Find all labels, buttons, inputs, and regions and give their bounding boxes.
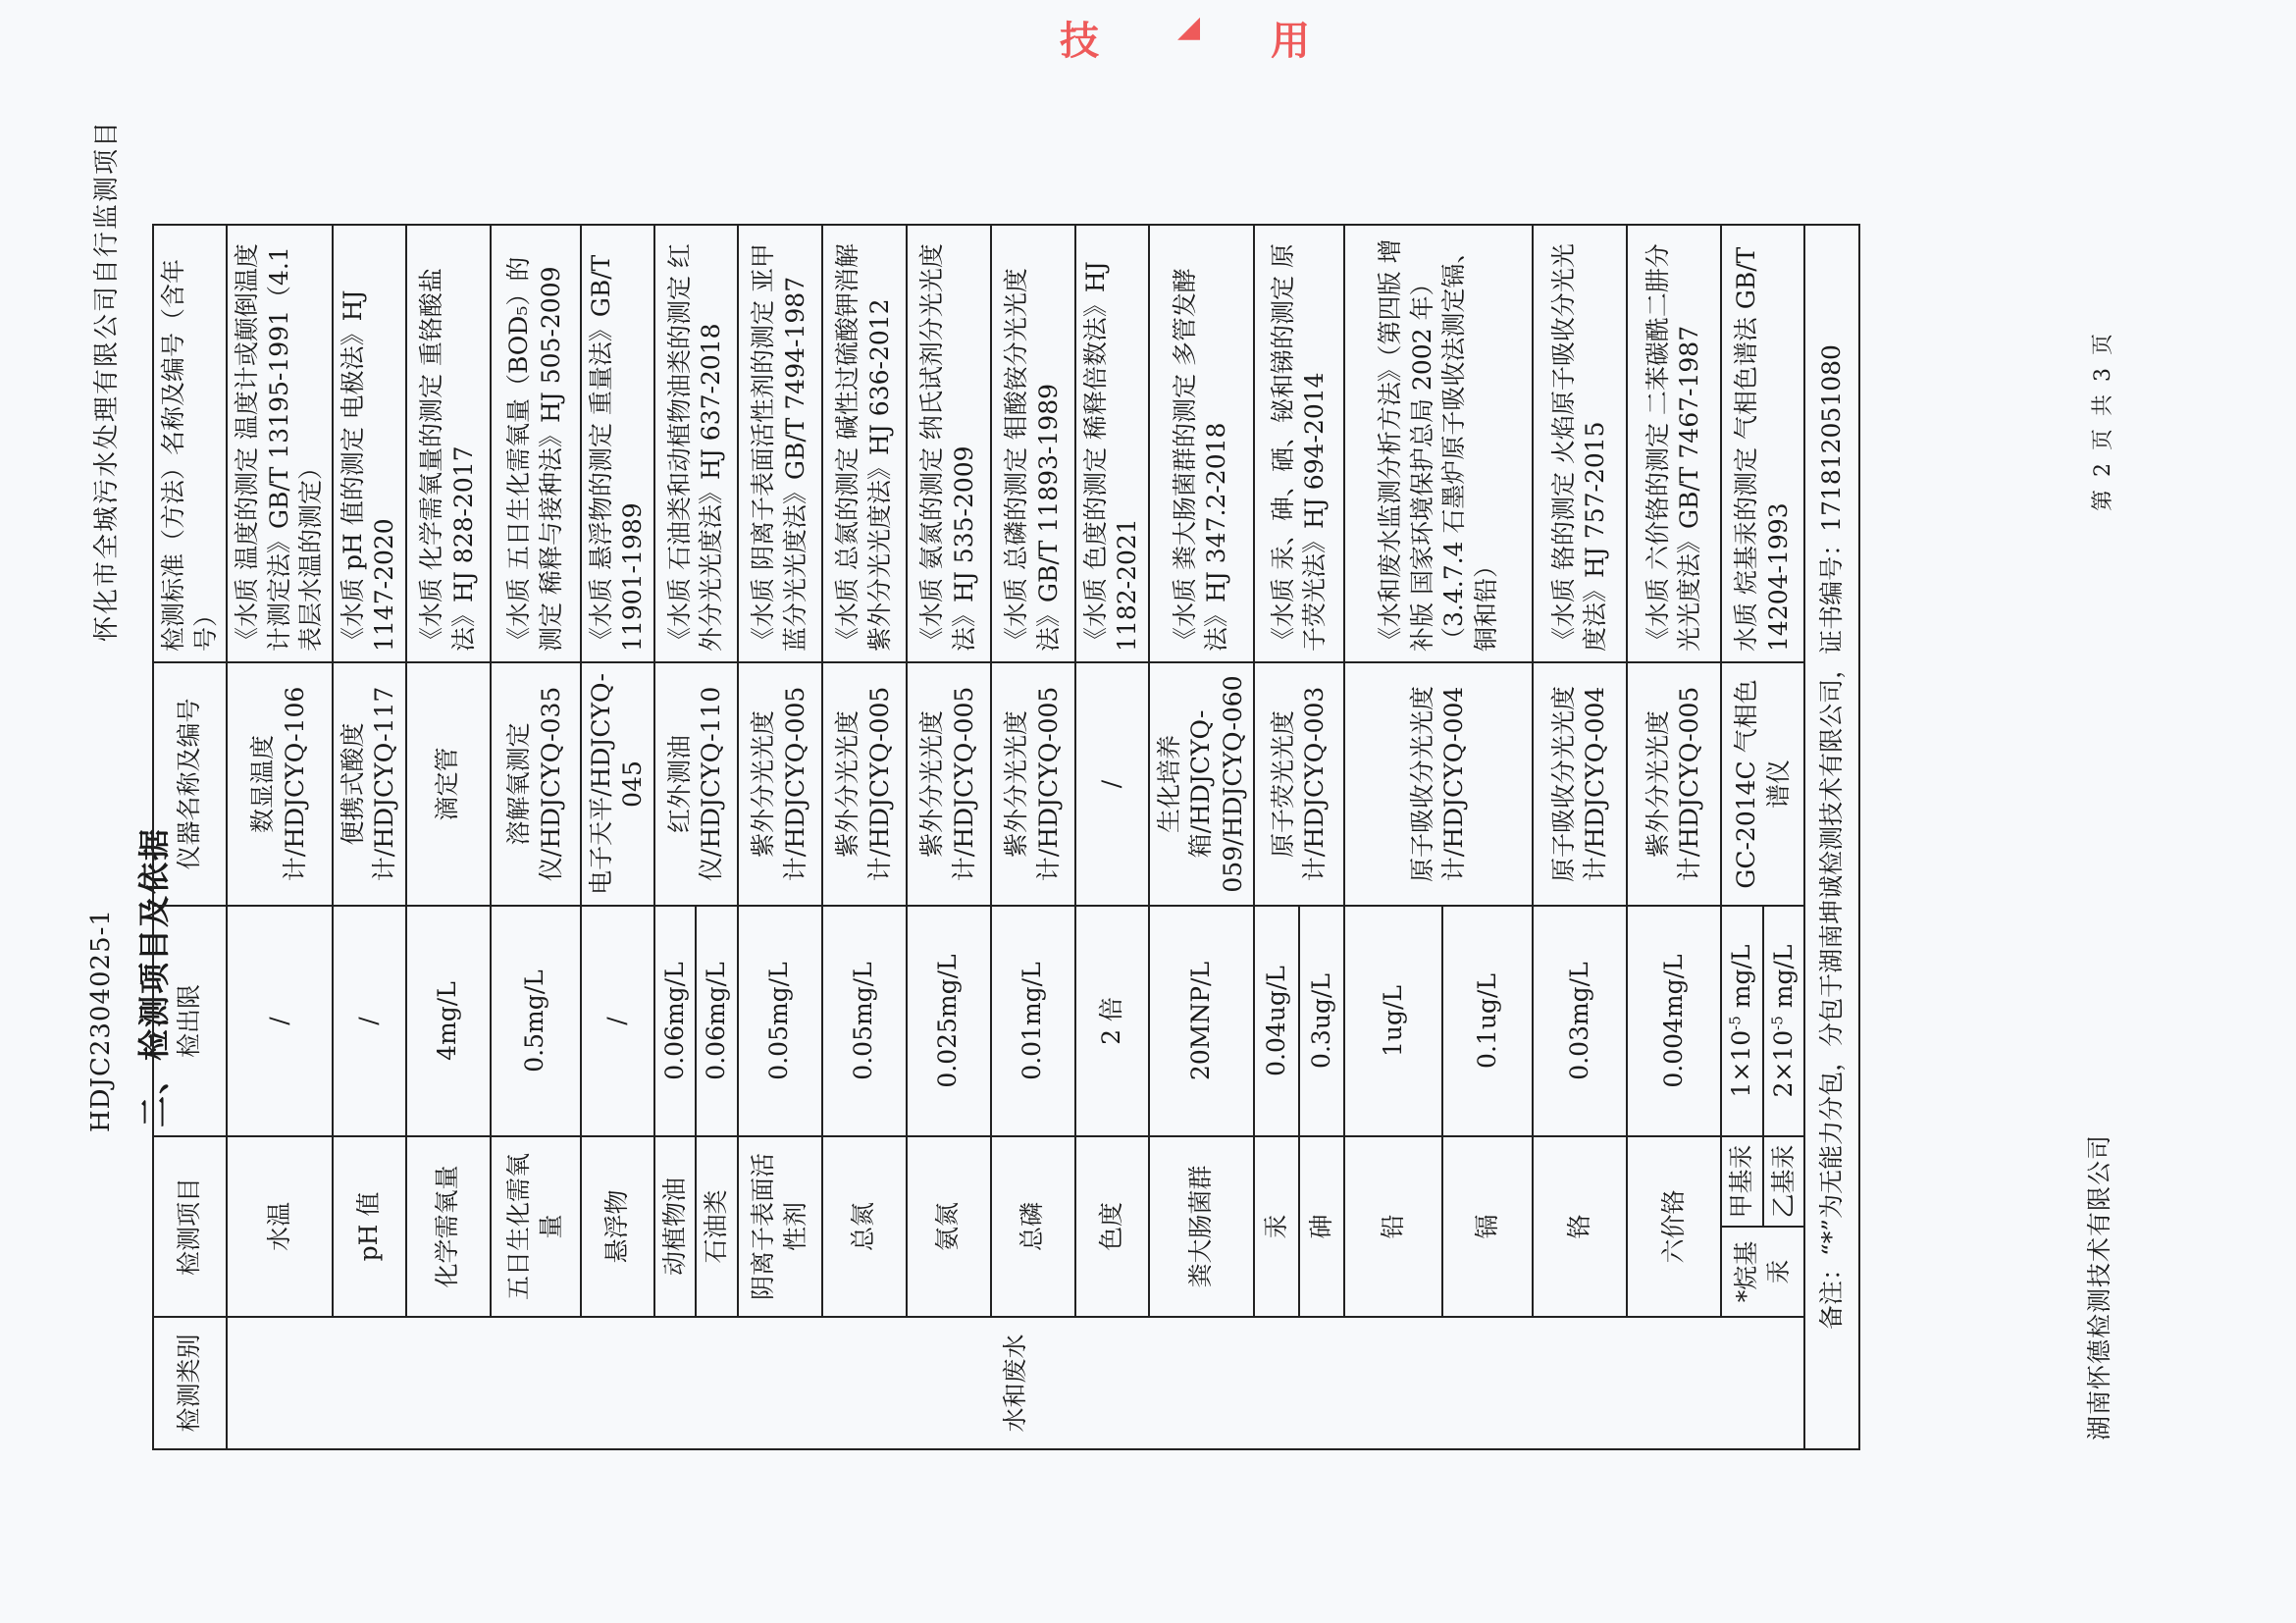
header-instrument: 仪器名称及编号 [153,662,227,906]
standard-cell: 《水和废水监测分析方法》（第四版 增补版 国家环境保护总局 2002 年）（3.… [1344,225,1533,662]
red-stamp: 技 ◢ 用 [1060,10,1433,79]
remark-text: 备注：“*”为无能力分包，分包于湖南坤诚检测技术有限公司，证书编号：171812… [1804,225,1859,1449]
instrument-cell: 原子荧光光度计/HDJCYQ-003 [1254,662,1344,906]
standard-cell: 《水质 化学需氧量的测定 重铬酸盐法》HJ 828-2017 [406,225,491,662]
table-row: 色度2 倍/《水质 色度的测定 稀释倍数法》HJ 1182-2021 [1075,225,1149,1449]
limit-unit: mg/L [1769,945,1798,1017]
limit-exponent: -5 [1727,1016,1745,1030]
header-category: 检测类别 [153,1317,227,1449]
table-row: 动植物油0.06mg/L红外测油仪/HDJCYQ-110《水质 石油类和动植物油… [654,225,697,1449]
standard-cell: 《水质 石油类和动植物油类的测定 红外分光光度法》HJ 637-2018 [654,225,738,662]
standard-cell: 《水质 铬的测定 火焰原子吸收分光光度法》HJ 757-2015 [1533,225,1627,662]
standard-cell: 《水质 色度的测定 稀释倍数法》HJ 1182-2021 [1075,225,1149,662]
instrument-cell: 紫外分光光度计/HDJCYQ-005 [907,662,991,906]
instrument-cell: 红外测油仪/HDJCYQ-110 [654,662,738,906]
table-row: 氨氮0.025mg/L紫外分光光度计/HDJCYQ-005《水质 氨氮的测定 纳… [907,225,991,1449]
document-id: HDJC2304025-1 [86,909,116,1132]
instrument-cell: 紫外分光光度计/HDJCYQ-005 [991,662,1075,906]
limit-cell: 20MNP/L [1149,906,1255,1136]
item-cell: pH 值 [333,1136,406,1317]
instrument-cell: 紫外分光光度计/HDJCYQ-005 [738,662,822,906]
footer-company: 湖南怀德检测技术有限公司 [2080,1134,2115,1440]
limit-cell: 0.1ug/L [1442,906,1533,1136]
table-row: *烷基汞甲基汞1×10-5 mg/LGC-2014C 气相色谱仪水质 烷基汞的测… [1721,225,1763,1449]
item-cell: 甲基汞 [1721,1136,1763,1227]
instrument-cell: 原子吸收分光光度计/HDJCYQ-004 [1533,662,1627,906]
instrument-cell: 紫外分光光度计/HDJCYQ-005 [1627,662,1721,906]
instrument-cell: 便携式酸度计/HDJCYQ-117 [333,662,406,906]
standard-cell: 《水质 汞、砷、硒、铋和锑的测定 原子荧光法》HJ 694-2014 [1254,225,1344,662]
standard-cell: 《水质 总磷的测定 钼酸铵分光光度法》GB/T 11893-1989 [991,225,1075,662]
limit-cell: 4mg/L [406,906,491,1136]
header-limit: 检出限 [153,906,227,1136]
item-cell: 镉 [1442,1136,1533,1317]
table-row: 铅1ug/L原子吸收分光光度计/HDJCYQ-004《水和废水监测分析方法》（第… [1344,225,1442,1449]
table-row: 五日生化需氧量0.5mg/L溶解氧测定仪/HDJCYQ-035《水质 五日生化需… [491,225,581,1449]
limit-cell: 2 倍 [1075,906,1149,1136]
table-row: 悬浮物/电子天平/HDJCYQ-045《水质 悬浮物的测定 重量法》GB/T 1… [581,225,654,1449]
item-cell: 铬 [1533,1136,1627,1317]
item-cell: 砷 [1299,1136,1344,1317]
item-cell: 汞 [1254,1136,1299,1317]
item-cell: 动植物油 [654,1136,697,1317]
item-cell: 粪大肠菌群 [1149,1136,1255,1317]
limit-cell: 0.03mg/L [1533,906,1627,1136]
standard-cell: 《水质 温度的测定 温度计或颠倒温度计测定法》GB/T 13195-1991（4… [227,225,333,662]
table-row: 阴离子表面活性剂0.05mg/L紫外分光光度计/HDJCYQ-005《水质 阴离… [738,225,822,1449]
table-row: 总磷0.01mg/L紫外分光光度计/HDJCYQ-005《水质 总磷的测定 钼酸… [991,225,1075,1449]
alkyl-mercury-label: *烷基汞 [1721,1227,1804,1317]
header-item: 检测项目 [153,1136,227,1317]
standard-cell: 《水质 悬浮物的测定 重量法》GB/T 11901-1989 [581,225,654,662]
header-standard: 检测标准（方法）名称及编号（含年号） [153,225,227,662]
item-cell: 阴离子表面活性剂 [738,1136,822,1317]
item-cell: 总氮 [822,1136,907,1317]
limit-cell: 0.04ug/L [1254,906,1299,1136]
limit-unit: mg/L [1727,945,1755,1017]
item-cell: 石油类 [696,1136,738,1317]
limit-cell: 0.3ug/L [1299,906,1344,1136]
table-row: 铬0.03mg/L原子吸收分光光度计/HDJCYQ-004《水质 铬的测定 火焰… [1533,225,1627,1449]
standard-cell: 《水质 六价铬的测定 二苯碳酰二肼分光光度法》GB/T 7467-1987 [1627,225,1721,662]
standard-cell: 《水质 氨氮的测定 纳氏试剂分光光度法》HJ 535-2009 [907,225,991,662]
standard-cell: 水质 烷基汞的测定 气相色谱法 GB/T 14204-1993 [1721,225,1804,662]
stamp-fragment: ◢ [1177,10,1200,44]
document-title: 怀化市全城污水处理有限公司自行监测项目 [86,120,123,642]
item-cell: 五日生化需氧量 [491,1136,581,1317]
table-row: 六价铬0.004mg/L紫外分光光度计/HDJCYQ-005《水质 六价铬的测定… [1627,225,1721,1449]
table-header-row: 检测类别 检测项目 检出限 仪器名称及编号 检测标准（方法）名称及编号（含年号） [153,225,227,1449]
limit-cell: 1×10-5 mg/L [1721,906,1763,1136]
limit-cell: 0.05mg/L [738,906,822,1136]
instrument-cell: 滴定管 [406,662,491,906]
limit-cell: 0.5mg/L [491,906,581,1136]
limit-cell: 0.06mg/L [654,906,697,1136]
limit-cell: 2×10-5 mg/L [1763,906,1805,1136]
instrument-cell: GC-2014C 气相色谱仪 [1721,662,1804,906]
limit-cell: 0.05mg/L [822,906,907,1136]
instrument-cell: 生化培养箱/HDJCYQ-059/HDJCYQ-060 [1149,662,1255,906]
instrument-cell: 溶解氧测定仪/HDJCYQ-035 [491,662,581,906]
inspection-table: 检测类别 检测项目 检出限 仪器名称及编号 检测标准（方法）名称及编号（含年号）… [152,224,1860,1450]
instrument-cell: 紫外分光光度计/HDJCYQ-005 [822,662,907,906]
item-cell: 悬浮物 [581,1136,654,1317]
page-number: 第 2 页 共 3 页 [2086,331,2116,511]
limit-exponent: -5 [1768,1016,1786,1030]
standard-cell: 《水质 总氮的测定 碱性过硫酸钾消解紫外分光光度法》HJ 636-2012 [822,225,907,662]
limit-cell: 0.025mg/L [907,906,991,1136]
item-cell: 乙基汞 [1763,1136,1805,1227]
table-row: 总氮0.05mg/L紫外分光光度计/HDJCYQ-005《水质 总氮的测定 碱性… [822,225,907,1449]
item-cell: 铅 [1344,1136,1442,1317]
instrument-cell: 原子吸收分光光度计/HDJCYQ-004 [1344,662,1533,906]
table-row: 粪大肠菌群20MNP/L生化培养箱/HDJCYQ-059/HDJCYQ-060《… [1149,225,1255,1449]
limit-cell: 1ug/L [1344,906,1442,1136]
item-cell: 六价铬 [1627,1136,1721,1317]
standard-cell: 《水质 pH 值的测定 电极法》HJ 1147-2020 [333,225,406,662]
instrument-cell: 数显温度计/HDJCYQ-106 [227,662,333,906]
category-cell: 水和废水 [227,1317,1804,1449]
table-row: 化学需氧量4mg/L滴定管《水质 化学需氧量的测定 重铬酸盐法》HJ 828-2… [406,225,491,1449]
item-cell: 色度 [1075,1136,1149,1317]
item-cell: 化学需氧量 [406,1136,491,1317]
standard-cell: 《水质 五日生化需氧量（BOD₅）的测定 稀释与接种法》HJ 505-2009 [491,225,581,662]
instrument-cell: 电子天平/HDJCYQ-045 [581,662,654,906]
standard-cell: 《水质 阴离子表面活性剂的测定 亚甲蓝分光光度法》GB/T 7494-1987 [738,225,822,662]
document-page: HDJC2304025-1 怀化市全城污水处理有限公司自行监测项目 二、检测项目… [0,0,2296,1623]
limit-cell: 0.004mg/L [1627,906,1721,1136]
standard-cell: 《水质 粪大肠菌群的测定 多管发酵法》HJ 347.2-2018 [1149,225,1255,662]
remark-row: 备注：“*”为无能力分包，分包于湖南坤诚检测技术有限公司，证书编号：171812… [1804,225,1859,1449]
stamp-fragment: 技 [1060,10,1099,66]
table-row: pH 值/便携式酸度计/HDJCYQ-117《水质 pH 值的测定 电极法》HJ… [333,225,406,1449]
instrument-cell: / [1075,662,1149,906]
limit-cell: 0.06mg/L [696,906,738,1136]
item-cell: 氨氮 [907,1136,991,1317]
item-cell: 水温 [227,1136,333,1317]
limit-base: 2×10 [1769,1030,1798,1098]
limit-cell: / [227,906,333,1136]
table-row: 汞0.04ug/L原子荧光光度计/HDJCYQ-003《水质 汞、砷、硒、铋和锑… [1254,225,1299,1449]
limit-base: 1×10 [1727,1030,1755,1098]
stamp-fragment: 用 [1271,10,1310,66]
limit-cell: / [333,906,406,1136]
item-cell: 总磷 [991,1136,1075,1317]
table-row: 水和废水水温/数显温度计/HDJCYQ-106《水质 温度的测定 温度计或颠倒温… [227,225,333,1449]
limit-cell: / [581,906,654,1136]
limit-cell: 0.01mg/L [991,906,1075,1136]
